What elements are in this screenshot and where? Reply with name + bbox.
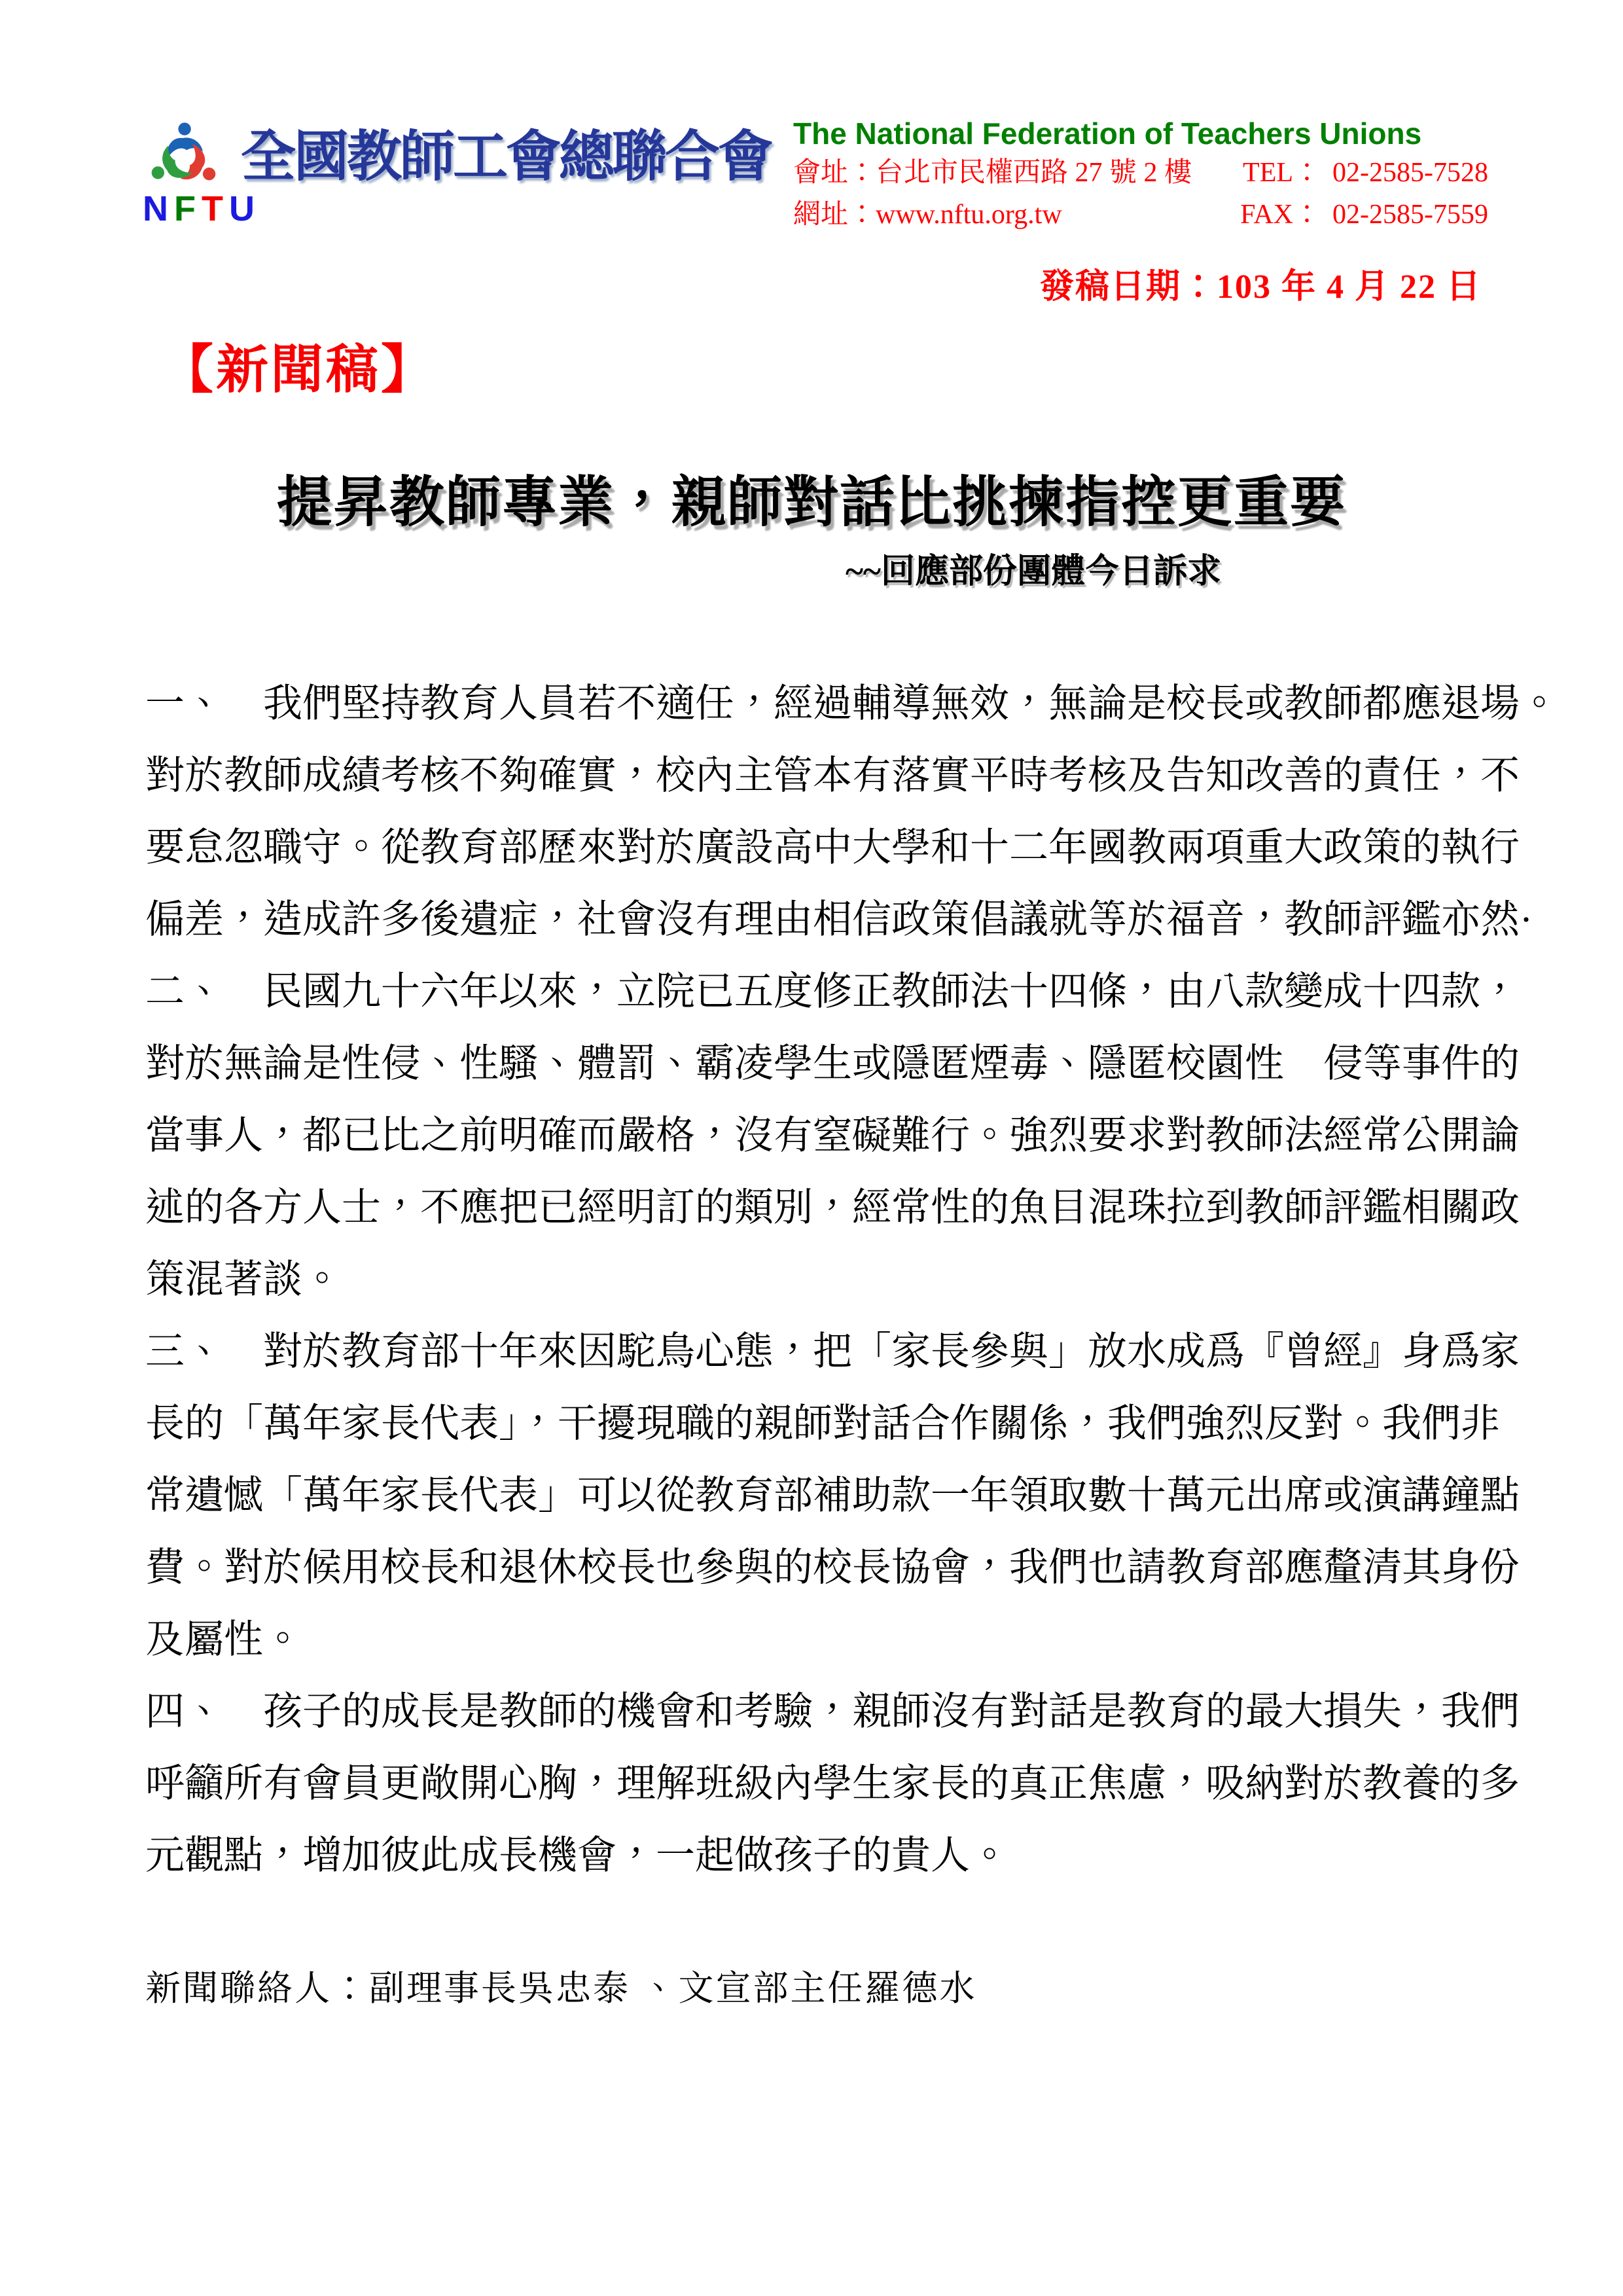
nftu-letter-f: F bbox=[174, 189, 202, 228]
nftu-letter-n: N bbox=[143, 189, 174, 228]
body-line: 長的「萬年家長代表」，干擾現職的親師對話合作關係，我們強烈反對。我們非 bbox=[145, 1388, 1533, 1460]
address-tel-row: 會址：台北市民權西路 27 號 2 樓 TEL：02-2585-7528 bbox=[793, 156, 1488, 189]
body-line: 當事人，都已比之前明確而嚴格，沒有窒礙難行。強烈要求對教師法經常公開論 bbox=[145, 1100, 1533, 1172]
tel-label: TEL： bbox=[1243, 158, 1321, 188]
fax-label: FAX： bbox=[1240, 200, 1321, 230]
body-line: 元觀點，增加彼此成長機會，一起做孩子的貴人。 bbox=[145, 1820, 1533, 1892]
press-contact: 新聞聯絡人：副理事長吳忠泰 、文宣部主任羅德水 bbox=[145, 1960, 977, 2011]
address-text: 會址：台北市民權西路 27 號 2 樓 bbox=[793, 156, 1192, 189]
headline-subtitle: ~~回應部份團體今日訴求 bbox=[846, 543, 1221, 592]
body-line: 要怠忽職守。從教育部歷來對於廣設高中大學和十二年國教兩項重大政策的執行 bbox=[145, 812, 1533, 884]
body-line: 呼籲所有會員更敞開心胸，理解班級內學生家長的真正焦慮，吸納對於教養的多 bbox=[145, 1748, 1533, 1820]
tel-text: TEL：02-2585-7528 bbox=[1243, 156, 1488, 189]
press-release-page: NFTU 全國教師工會總聯合會 The National Federation … bbox=[0, 0, 1623, 2296]
body-line: 策混著談。 bbox=[145, 1244, 1533, 1316]
body-line: 對於無論是性侵、性騷、體罰、霸凌學生或隱匿煙毒、隱匿校園性 侵等事件的 bbox=[145, 1028, 1533, 1100]
press-release-tag: 【新聞稿】 bbox=[161, 327, 436, 403]
org-name-english: The National Federation of Teachers Unio… bbox=[793, 117, 1488, 151]
nftu-emblem-icon bbox=[137, 119, 230, 194]
body-line: 對於教師成績考核不夠確實，校內主管本有落實平時考核及告知改善的責任，不 bbox=[145, 740, 1533, 812]
body-line: 費。對於候用校長和退休校長也參與的校長協會，我們也請教育部應釐清其身份 bbox=[145, 1532, 1533, 1604]
fax-text: FAX：02-2585-7559 bbox=[1240, 198, 1488, 231]
nftu-acronym: NFTU bbox=[143, 191, 281, 226]
website-text: 網址：www.nftu.org.tw bbox=[793, 198, 1062, 231]
letterhead-contact-block: The National Federation of Teachers Unio… bbox=[793, 117, 1488, 232]
nftu-letter-t: T bbox=[202, 189, 229, 228]
fax-number: 02-2585-7559 bbox=[1332, 200, 1488, 230]
body-line: 一、 我們堅持教育人員若不適任，經過輔導無效，無論是校長或教師都應退場。 bbox=[145, 668, 1533, 740]
body-line: 三、 對於教育部十年來因駝鳥心態，把「家長參與」放水成爲『曾經』身爲家 bbox=[145, 1316, 1533, 1388]
body-line: 常遺憾「萬年家長代表」可以從教育部補助款一年領取數十萬元出席或演講鐘點 bbox=[145, 1460, 1533, 1532]
body-line: 偏差，造成許多後遺症，社會沒有理由相信政策倡議就等於福音，教師評鑑亦然· bbox=[145, 884, 1533, 956]
body-line: 及屬性。 bbox=[145, 1604, 1533, 1676]
body-line: 二、 民國九十六年以來，立院已五度修正教師法十四條，由八款變成十四款， bbox=[145, 956, 1533, 1028]
org-name-chinese: 全國教師工會總聯合會 bbox=[241, 122, 771, 193]
web-fax-row: 網址：www.nftu.org.tw FAX：02-2585-7559 bbox=[793, 198, 1488, 231]
headline: 提昇教師專業，親師對話比挑揀指控更重要 bbox=[0, 458, 1623, 537]
tel-number: 02-2585-7528 bbox=[1332, 158, 1488, 188]
nftu-letter-u: U bbox=[229, 189, 260, 228]
issue-date: 發稿日期：103 年 4 月 22 日 bbox=[1040, 259, 1482, 308]
body-line: 四、 孩子的成長是教師的機會和考驗，親師沒有對話是教育的最大損失，我們 bbox=[145, 1676, 1533, 1748]
body-text: 一、 我們堅持教育人員若不適任，經過輔導無效，無論是校長或教師都應退場。 對於教… bbox=[145, 668, 1533, 1892]
body-line: 述的各方人士，不應把已經明訂的類別，經常性的魚目混珠拉到教師評鑑相關政 bbox=[145, 1172, 1533, 1244]
